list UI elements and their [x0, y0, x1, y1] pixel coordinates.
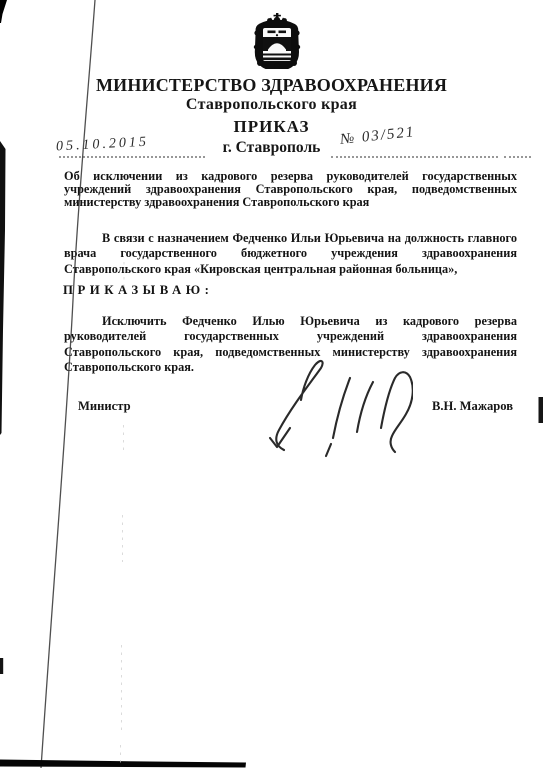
- scan-corner-mark: [0, 0, 7, 23]
- scan-right-edge-mark: [539, 397, 543, 423]
- ministry-region: Ставропольского края: [0, 96, 543, 114]
- subject-line: Об исключении из кадрового резерва руков…: [64, 170, 517, 183]
- decree-keyword: ПРИКАЗЫВАЮ:: [63, 283, 213, 298]
- scan-bottom-bar: [0, 760, 246, 768]
- minister-title: Министр: [78, 399, 131, 414]
- preamble-paragraph: В связи с назначением Федченко Ильи Юрье…: [64, 231, 517, 277]
- subject-line: министерству здравоохранения Ставропольс…: [64, 196, 517, 209]
- preamble-line: врача государственного бюджетного учрежд…: [64, 246, 517, 261]
- preamble-line: Ставропольского края «Кировская централь…: [64, 262, 517, 277]
- order-line: Исключить Федченко Илью Юрьевича из кадр…: [64, 314, 517, 329]
- city-name: г. Ставрополь: [0, 139, 543, 157]
- document-type-title: ПРИКАЗ: [0, 117, 543, 137]
- preamble-line: В связи с назначением Федченко Ильи Юрье…: [64, 231, 517, 246]
- order-line: руководителей государственных учреждений…: [64, 329, 517, 344]
- date-dotted-line: [59, 156, 205, 158]
- subject-line: учреждений здравоохранения Ставропольско…: [64, 183, 517, 196]
- scan-page-edge-line: [41, 0, 95, 768]
- number-dotted-line-tail: [504, 156, 531, 158]
- number-dotted-line: [331, 156, 498, 158]
- scanned-document-page: МИНИСТЕРСТВО ЗДРАВООХРАНЕНИЯ Ставропольс…: [0, 0, 543, 768]
- minister-name: В.Н. Мажаров: [432, 399, 513, 414]
- coat-of-arms-icon: [252, 13, 302, 69]
- ministry-name: МИНИСТЕРСТВО ЗДРАВООХРАНЕНИЯ: [0, 75, 543, 96]
- subject-paragraph: Об исключении из кадрового резерва руков…: [64, 170, 517, 208]
- signature-autograph: [253, 346, 413, 478]
- scan-left-streak: [0, 141, 6, 435]
- scan-left-tick: [0, 658, 3, 674]
